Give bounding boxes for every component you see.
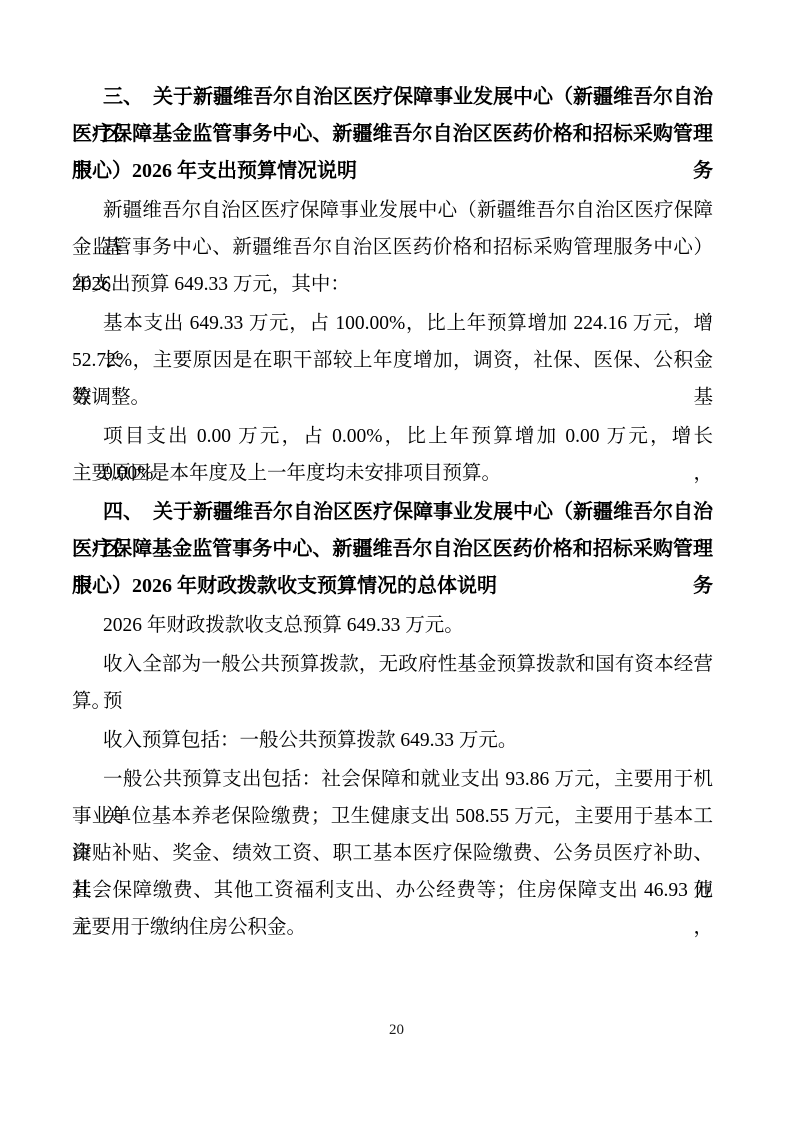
text-line: 金监管事务中心、新疆维吾尔自治区医药价格和招标采购管理服务中心）2026 (72, 229, 713, 266)
paragraph-income-budget: 收入预算包括：一般公共预算拨款 649.33 万元。 (72, 722, 713, 759)
text-line: 医疗保障基金监管事务中心、新疆维吾尔自治区医药价格和招标采购管理服务 (72, 116, 713, 153)
document-page: 三、 关于新疆维吾尔自治区医疗保障事业发展中心（新疆维吾尔自治区 医疗保障基金监… (0, 0, 793, 1122)
paragraph-fiscal-total: 2026 年财政拨款收支总预算 649.33 万元。 (72, 607, 713, 644)
text-line: 事业单位基本养老保险缴费；卫生健康支出 508.55 万元，主要用于基本工资、 (72, 798, 713, 835)
text-line: 津贴补贴、奖金、绩效工资、职工基本医疗保险缴费、公务员医疗补助、其他 (72, 835, 713, 872)
text-line: 新疆维吾尔自治区医疗保障事业发展中心（新疆维吾尔自治区医疗保障基 (72, 192, 713, 229)
paragraph-income-source: 收入全部为一般公共预算拨款，无政府性基金预算拨款和国有资本经营预 算。 (72, 646, 713, 720)
text-line: 社会保障缴费、其他工资福利支出、办公经费等；住房保障支出 46.93 万元， (72, 872, 713, 909)
section-heading-4: 四、 关于新疆维吾尔自治区医疗保障事业发展中心（新疆维吾尔自治区 医疗保障基金监… (72, 494, 713, 605)
paragraph-project-expenditure: 项目支出 0.00 万元，占 0.00%，比上年预算增加 0.00 万元，增长 … (72, 418, 713, 492)
text-line: 收入全部为一般公共预算拨款，无政府性基金预算拨款和国有资本经营预 (72, 646, 713, 683)
text-line: 项目支出 0.00 万元，占 0.00%，比上年预算增加 0.00 万元，增长 … (72, 418, 713, 455)
text-line: 2026 年财政拨款收支总预算 649.33 万元。 (72, 607, 713, 644)
text-line: 52.72%，主要原因是在职干部较上年度增加，调资，社保、医保、公积金等基 (72, 342, 713, 379)
text-line: 一般公共预算支出包括：社会保障和就业支出 93.86 万元，主要用于机关 (72, 761, 713, 798)
paragraph-basic-expenditure: 基本支出 649.33 万元，占 100.00%，比上年预算增加 224.16 … (72, 305, 713, 416)
text-line: 收入预算包括：一般公共预算拨款 649.33 万元。 (72, 722, 713, 759)
text-line: 四、 关于新疆维吾尔自治区医疗保障事业发展中心（新疆维吾尔自治区 (72, 494, 713, 531)
text-line: 年支出预算 649.33 万元，其中： (72, 266, 713, 303)
text-line: 医疗保障基金监管事务中心、新疆维吾尔自治区医药价格和招标采购管理服务 (72, 531, 713, 568)
paragraph-expenditure-total: 新疆维吾尔自治区医疗保障事业发展中心（新疆维吾尔自治区医疗保障基 金监管事务中心… (72, 192, 713, 303)
page-number: 20 (0, 1020, 793, 1040)
text-line: 基本支出 649.33 万元，占 100.00%，比上年预算增加 224.16 … (72, 305, 713, 342)
document-content: 三、 关于新疆维吾尔自治区医疗保障事业发展中心（新疆维吾尔自治区 医疗保障基金监… (72, 79, 713, 946)
text-line: 算。 (72, 683, 713, 720)
section-heading-3: 三、 关于新疆维吾尔自治区医疗保障事业发展中心（新疆维吾尔自治区 医疗保障基金监… (72, 79, 713, 190)
text-line: 三、 关于新疆维吾尔自治区医疗保障事业发展中心（新疆维吾尔自治区 (72, 79, 713, 116)
paragraph-public-budget-expenditure: 一般公共预算支出包括：社会保障和就业支出 93.86 万元，主要用于机关 事业单… (72, 761, 713, 946)
